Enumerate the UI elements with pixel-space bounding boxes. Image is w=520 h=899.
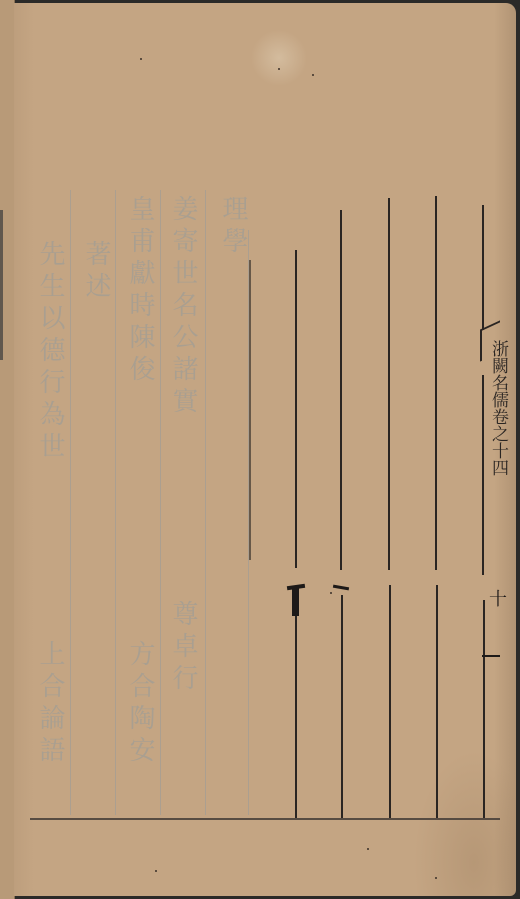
column-rule [249,260,251,560]
bleed-column: 上合論語 [32,640,69,768]
bleed-column: 方合陶安 [122,640,159,768]
paper-speck [312,74,314,76]
column-rule [482,375,484,575]
fishtail-mark [482,655,500,657]
book-page [14,3,516,896]
bleed-column: 先生以德行為世 [32,240,69,464]
column-rule [295,590,297,818]
bottom-border-rule [30,818,500,820]
column-rule [436,585,438,818]
column-rule [482,205,484,330]
fishtail-mark [292,588,299,616]
paper-speck [140,58,142,60]
column-rule [340,210,342,570]
folio-number: 十 [489,585,507,611]
column-rule [389,585,391,818]
column-rule [295,250,297,568]
paper-speck [155,870,157,872]
bleed-column: 皇甫獻時陳俊 [122,195,159,387]
bleed-column: 理學 [215,195,252,259]
paper-speck [330,592,332,594]
column-rule [341,595,343,818]
bleed-line [160,190,161,815]
column-rule [483,600,485,818]
column-rule [435,196,437,570]
column-rule [388,198,390,570]
left-page-spine [0,0,15,899]
bleed-column: 尊卓行 [165,600,202,696]
bleed-column: 著述 [78,240,115,304]
bleed-line [115,190,116,815]
bleed-line [70,190,71,815]
left-page-edge [0,210,3,360]
paper-speck [278,68,280,70]
bleed-column: 姜寄世名公諸實 [165,195,202,419]
paper-speck [435,877,437,879]
paper-speck [367,848,369,850]
bleed-line [205,190,206,815]
running-title: 浙闕名儒卷之十四 [488,340,508,476]
